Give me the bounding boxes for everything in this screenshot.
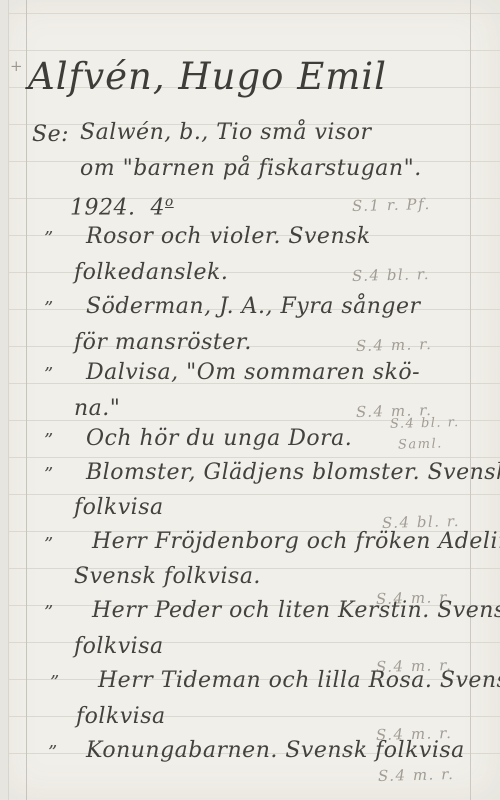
ditto-mark: ” <box>44 300 54 318</box>
entry-line: folkvisa <box>76 706 166 728</box>
shelfmark: S.4 m. r. <box>378 767 455 784</box>
entry-line: för mansröster. <box>74 332 252 354</box>
entry-line: Söderman, J. A., Fyra sånger <box>86 296 421 318</box>
entry-line: Och hör du unga Dora. <box>86 428 352 450</box>
ditto-mark: ” <box>44 230 54 248</box>
plus-mark: + <box>10 59 23 74</box>
reference-year-format: 1924. 4o <box>70 196 174 219</box>
entry-line: Dalvisa, "Om sommaren skö- <box>86 362 420 384</box>
entry-line: Herr Tideman och lilla Rosa. Svensk <box>98 670 500 692</box>
reference-format-suffix: o <box>165 194 174 210</box>
left-edge-line <box>8 0 9 800</box>
ditto-mark: ” <box>44 604 54 622</box>
shelfmark: S.4 bl. r. <box>352 267 430 284</box>
entry-line: na." <box>74 398 120 420</box>
entry-line: Blomster, Glädjens blomster. Svensk <box>86 462 500 484</box>
shelfmark: S.1 r. Pf. <box>352 197 431 214</box>
entry-line: Herr Peder och liten Kerstin. Svensk <box>92 600 500 622</box>
left-margin-line <box>26 0 27 800</box>
card-heading: Alfvén, Hugo Emil <box>28 58 387 95</box>
ditto-mark: ” <box>44 536 54 554</box>
entry-line: Herr Fröjdenborg och fröken Adelin. <box>92 531 500 553</box>
reference-prefix: Se: <box>32 124 69 146</box>
entry-line: Konungabarnen. Svensk folkvisa <box>86 740 465 762</box>
shelfmark: S.4 bl. r. <box>390 416 460 431</box>
entry-line: Svensk folkvisa. <box>74 566 261 588</box>
ditto-mark: ” <box>44 466 54 484</box>
ditto-mark: ” <box>50 674 60 692</box>
entry-line: folkvisa <box>74 636 164 658</box>
shelfmark-secondary: Saml. <box>398 437 443 451</box>
shelfmark: S.4 m. r. <box>356 337 433 354</box>
entry-line: folkvisa <box>74 497 164 519</box>
reference-line-1: Salwén, b., Tio små visor <box>80 122 372 144</box>
entry-line: Rosor och violer. Svensk <box>86 226 371 248</box>
reference-year: 1924. <box>70 195 135 220</box>
ditto-mark: ” <box>44 366 54 384</box>
reference-line-2: om "barnen på fiskarstugan". <box>80 158 422 180</box>
paper-edge <box>0 0 8 800</box>
catalog-card: + Alfvén, Hugo Emil Se: Salwén, b., Tio … <box>0 0 500 800</box>
ditto-mark: ” <box>44 432 54 450</box>
ditto-mark: ” <box>48 744 58 762</box>
reference-format: 4 <box>150 195 165 220</box>
entry-line: folkedanslek. <box>74 262 228 284</box>
